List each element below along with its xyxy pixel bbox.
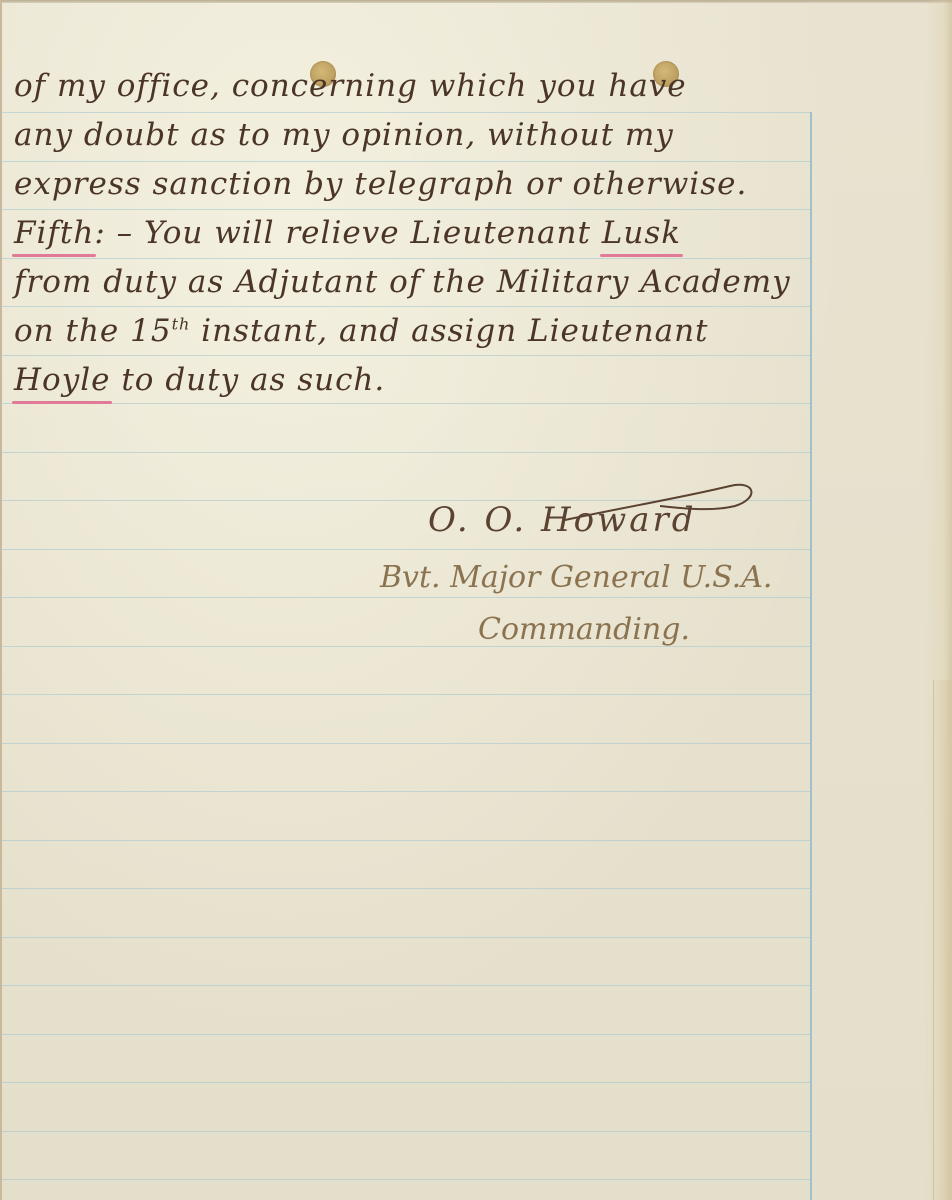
signature-name: O. O. Howard	[428, 500, 697, 540]
page-edge-wear	[933, 680, 952, 1200]
ruled-line	[0, 1179, 810, 1180]
ruled-line	[0, 743, 810, 744]
body-line-2: any doubt as to my opinion, without my	[14, 117, 674, 153]
underlined-word-hoyle: Hoyle	[14, 362, 110, 398]
body-line-4-middle: : – You will relieve Lieutenant	[94, 215, 601, 251]
ruled-line	[0, 112, 810, 113]
ruled-line	[0, 791, 810, 792]
ruled-line	[0, 258, 810, 259]
ruled-line	[0, 694, 810, 695]
ruled-line	[0, 306, 810, 307]
margin-line	[810, 112, 812, 1200]
body-line-7-rest: to duty as such.	[110, 362, 385, 398]
body-line-3: express sanction by telegraph or otherwi…	[14, 166, 747, 202]
ruled-line	[0, 985, 810, 986]
signature-role: Commanding.	[478, 612, 690, 647]
ruled-line	[0, 597, 810, 598]
ruled-line	[0, 1034, 810, 1035]
superscript-th: th	[172, 315, 191, 334]
page-left-edge	[0, 0, 2, 1200]
underlined-word-lusk: Lusk	[602, 215, 681, 251]
body-line-1: of my office, concerning which you have	[14, 68, 687, 104]
underlined-word-fifth: Fifth	[14, 215, 94, 251]
signature-title: Bvt. Major General U.S.A.	[380, 560, 772, 595]
ruled-line	[0, 1131, 810, 1132]
body-line-7: Hoyle to duty as such.	[14, 362, 385, 398]
ruled-line	[0, 355, 810, 356]
ruled-line	[0, 452, 810, 453]
ruled-line	[0, 161, 810, 162]
ruled-line	[0, 549, 810, 550]
ruled-line	[0, 937, 810, 938]
ruled-line	[0, 209, 810, 210]
page-top-edge	[0, 0, 952, 3]
ruled-line	[0, 403, 810, 404]
letter-page: of my office, concerning which you have …	[0, 0, 952, 1200]
ruled-line	[0, 840, 810, 841]
body-line-4: Fifth: – You will relieve Lieutenant Lus…	[14, 215, 681, 251]
body-line-6: on the 15th instant, and assign Lieutena…	[14, 313, 709, 349]
ruled-line	[0, 888, 810, 889]
body-line-6-after: instant, and assign Lieutenant	[190, 313, 708, 349]
ruled-line	[0, 1082, 810, 1083]
body-line-5: from duty as Adjutant of the Military Ac…	[14, 264, 791, 300]
body-line-6-before: on the 15	[14, 313, 172, 349]
